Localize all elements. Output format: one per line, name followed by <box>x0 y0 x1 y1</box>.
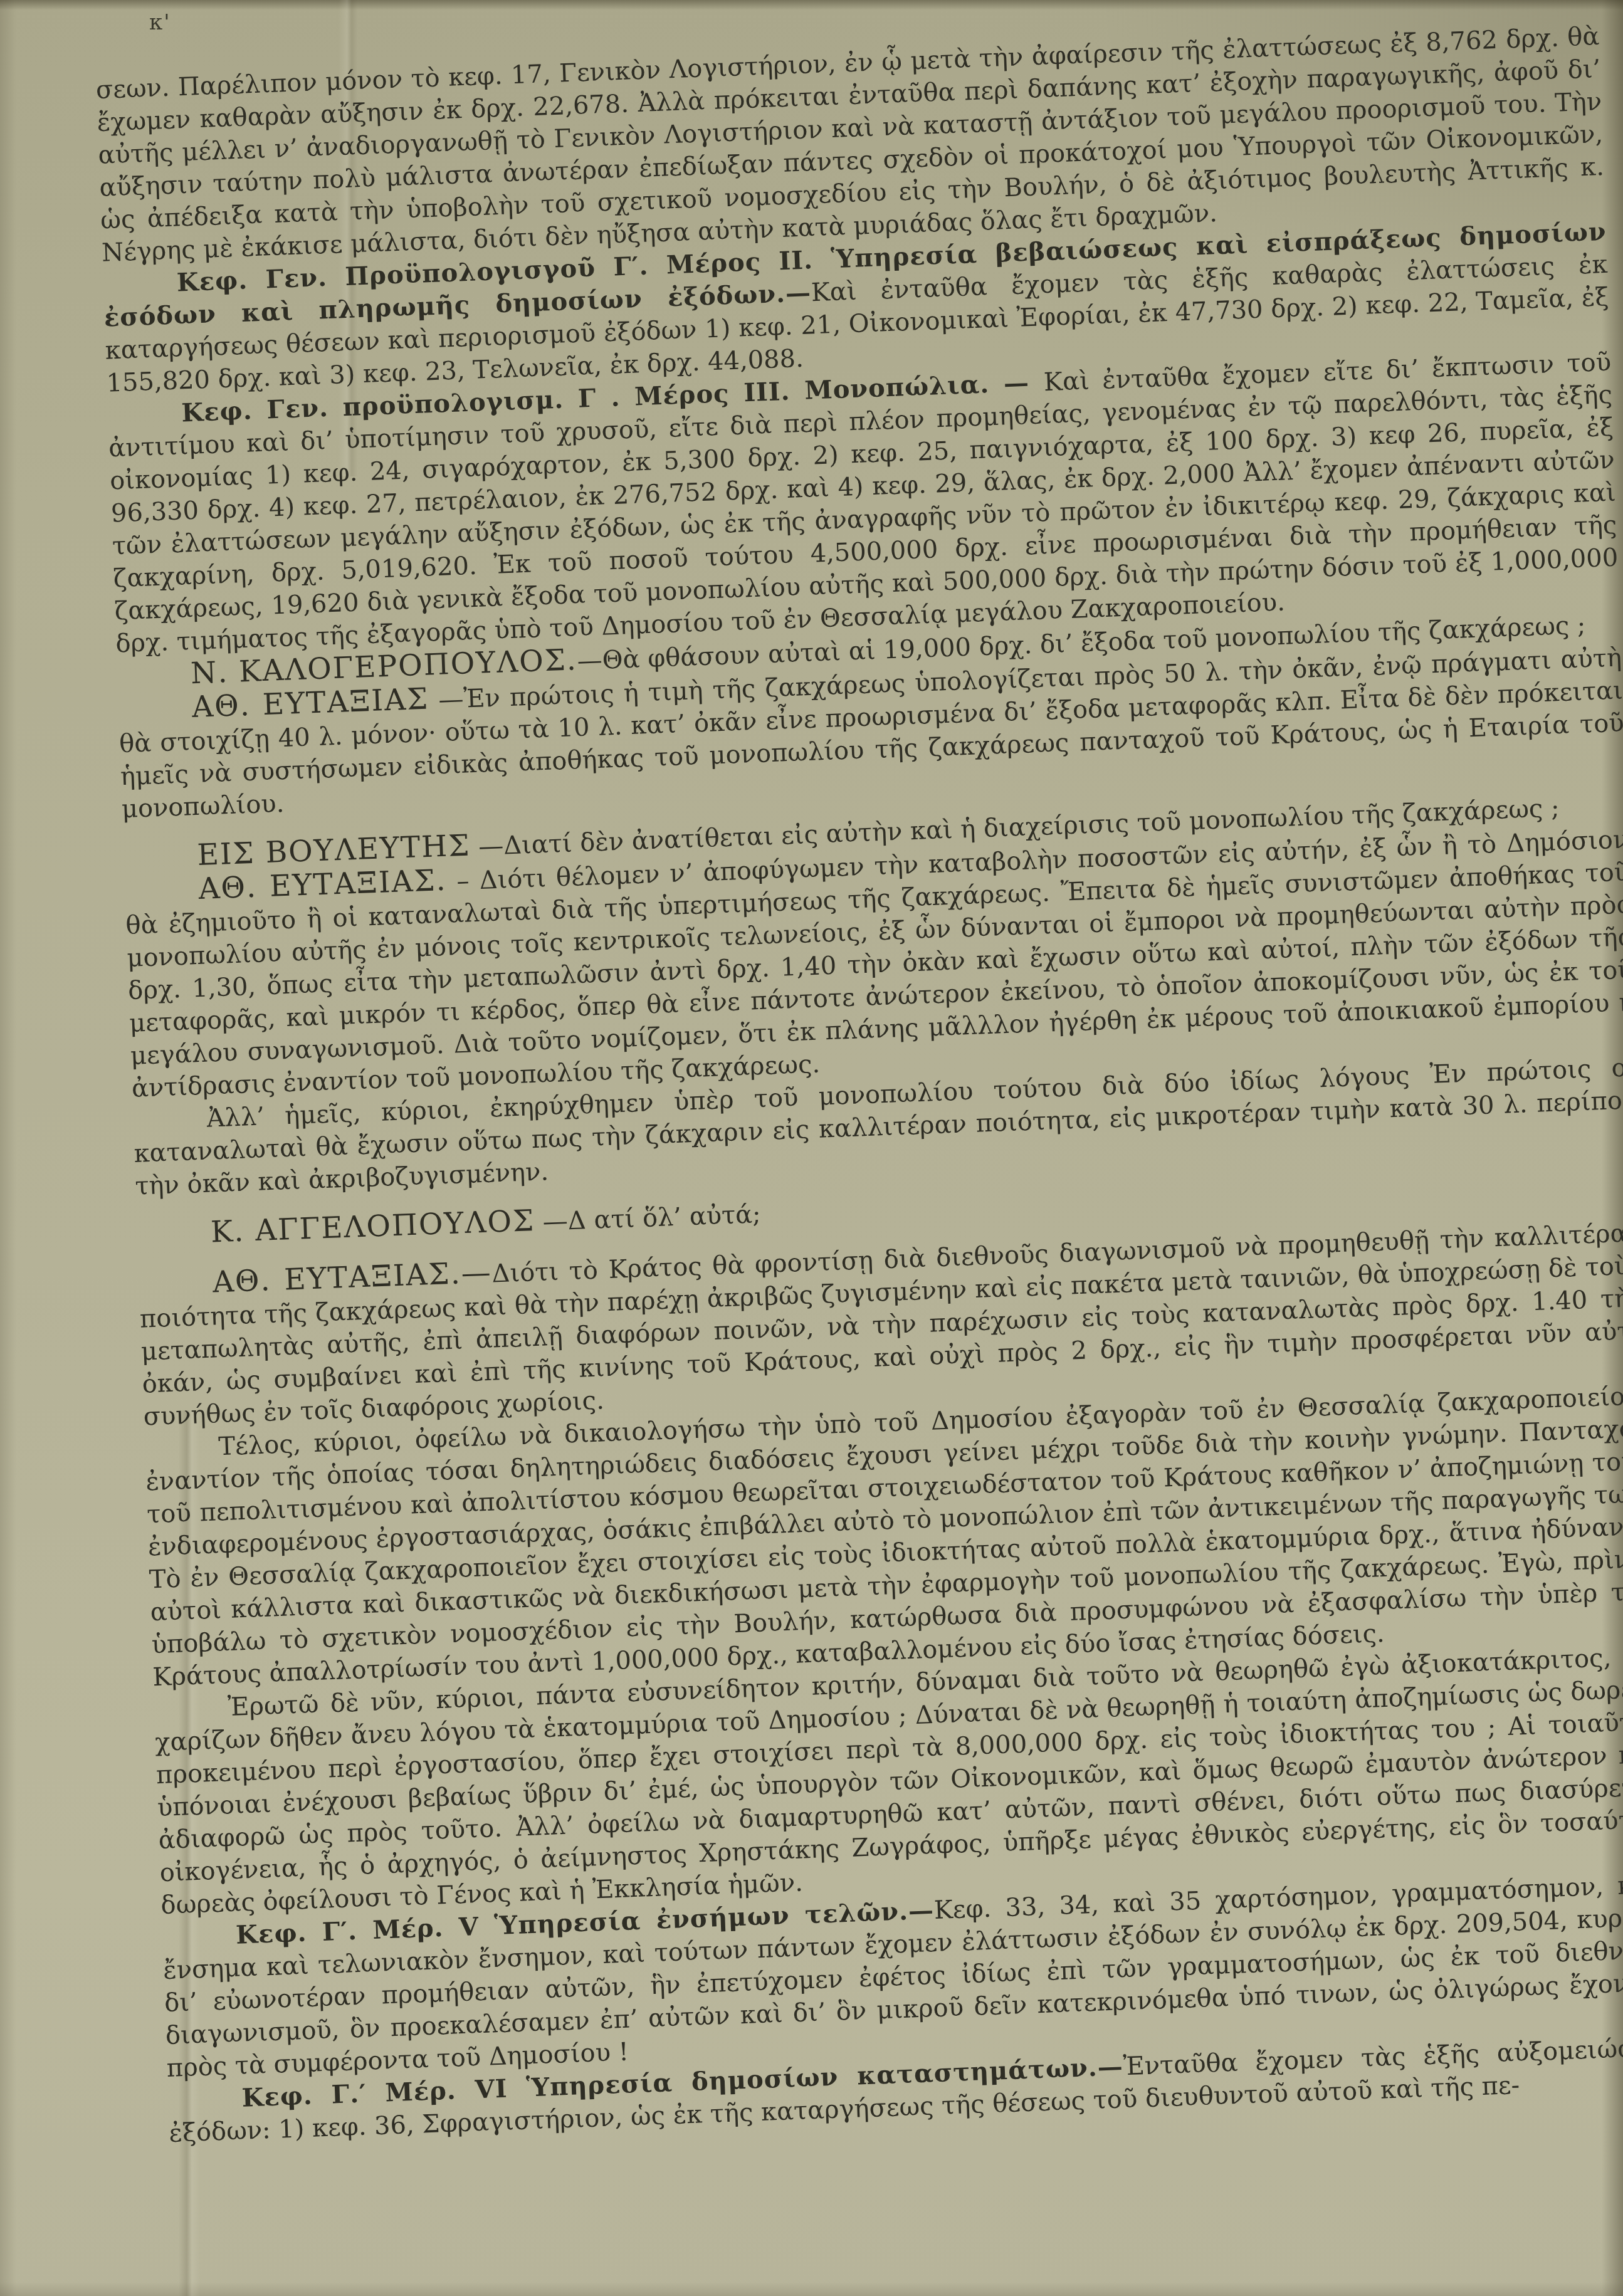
text-segment: —Δ ατί ὅλ’ αὐτά; <box>534 1200 761 1237</box>
paragraph: Τέλος, κύριοι, ὀφείλω νὰ δικαιολογήσω τὴ… <box>144 1380 1623 1694</box>
paragraph: Κεφ. Γεν. προϋπολογισμ. Γ . Μέρος ΙΙΙ. Μ… <box>107 346 1620 661</box>
text-segment: Τέλος, κύριοι, ὀφείλω νὰ δικαιολογήσω τὴ… <box>145 1381 1623 1692</box>
page-text: σεων. Παρέλιπον μόνον τὸ κεφ. 17, Γενικὸ… <box>95 20 1623 2150</box>
scanned-page: κ' σεων. Παρέλιπον μόνον τὸ κεφ. 17, Γεν… <box>0 0 1623 2296</box>
page-number: κ' <box>149 10 171 35</box>
speaker-name: ΑΘ. ΕΥΤΑΞΙΑΣ.— <box>212 1255 492 1300</box>
speaker-name: Κ. ΑΓΓΕΛΟΠΟΥΛΟΣ <box>210 1203 535 1249</box>
